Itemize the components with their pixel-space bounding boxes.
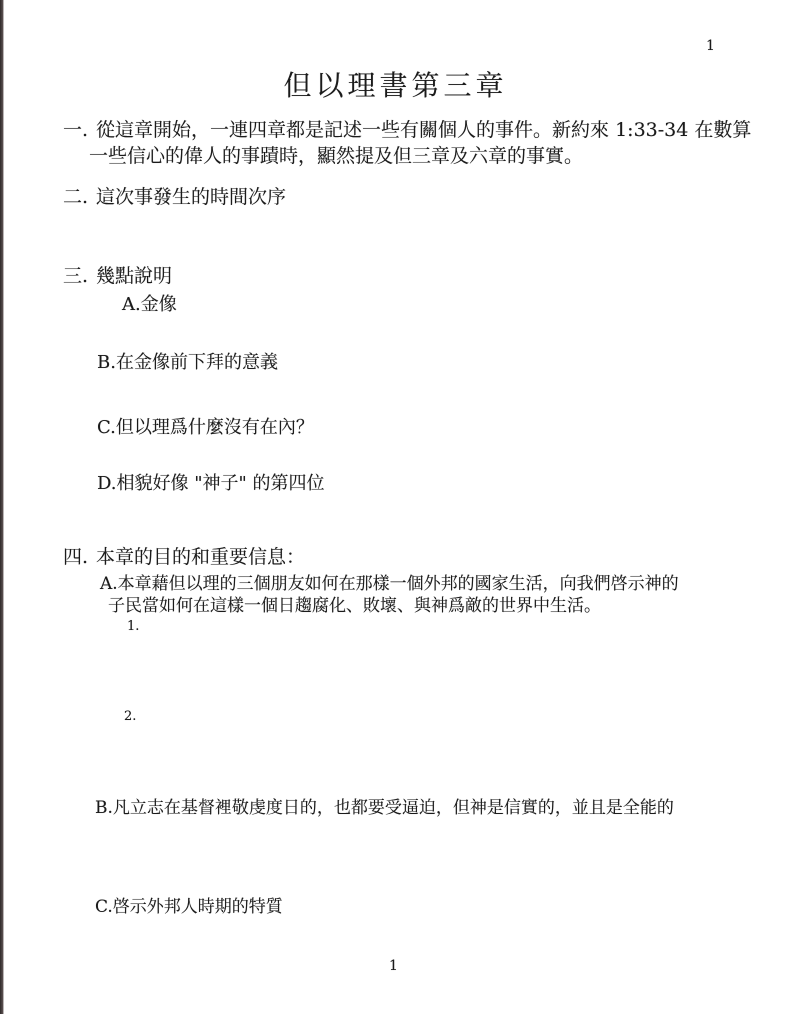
section-4-item-a-line-2: 子民當如何在這樣一個日趨腐化、敗壞、與神爲敵的世界中生活。 [108, 596, 601, 617]
section-3-item-c: C.但以理爲什麼沒有在內？ [97, 417, 314, 440]
section-3-text: 幾點說明 [96, 265, 172, 287]
section-1-marker: 一. [63, 119, 88, 141]
section-2-text: 這次事發生的時間次序 [96, 186, 286, 208]
scanner-edge-artifact [0, 0, 4, 1014]
page-title: 但以理書第三章 [0, 68, 791, 103]
scanned-document-page: 1 但以理書第三章 一.從這章開始，一連四章都是記述一些有關個人的事件。新約來 … [0, 0, 791, 1024]
section-3-item-a: A.金像 [122, 294, 177, 317]
section-2-marker: 二. [63, 186, 88, 208]
section-2-line: 二.這次事發生的時間次序 [63, 186, 286, 210]
section-4-item-a-point-2: 2. [124, 709, 136, 725]
section-4-item-a-line-1: A.本章藉但以理的三個朋友如何在那樣一個外邦的國家生活，向我們啓示神的 [100, 574, 679, 595]
section-3-item-d: D.相貌好像 "神子" 的第四位 [97, 473, 325, 496]
section-3-item-b: B.在金像前下拜的意義 [97, 352, 278, 375]
section-1-text-line-2: 一些信心的偉人的事蹟時，顯然提及但三章及六章的事實。 [89, 145, 583, 169]
section-3-marker: 三. [63, 265, 88, 287]
page-number-top: 1 [706, 38, 715, 56]
section-4-item-b: B.凡立志在基督裡敬虔度日的，也都要受逼迫，但神是信實的，並且是全能的 [95, 798, 674, 819]
section-4-marker: 四. [63, 546, 88, 568]
section-4-line: 四.本章的目的和重要信息： [63, 546, 305, 570]
section-1-text-line-1: 從這章開始，一連四章都是記述一些有關個人的事件。新約來 1:33-34 在數算 [96, 119, 751, 141]
section-4-item-a-point-1: 1. [127, 619, 139, 635]
section-3-line: 三.幾點說明 [63, 265, 172, 289]
page-number-bottom: 1 [389, 958, 398, 976]
section-4-item-c: C.啓示外邦人時期的特質 [95, 897, 283, 918]
section-4-text: 本章的目的和重要信息： [96, 546, 305, 568]
section-1-line-1: 一.從這章開始，一連四章都是記述一些有關個人的事件。新約來 1:33-34 在數… [63, 119, 751, 143]
